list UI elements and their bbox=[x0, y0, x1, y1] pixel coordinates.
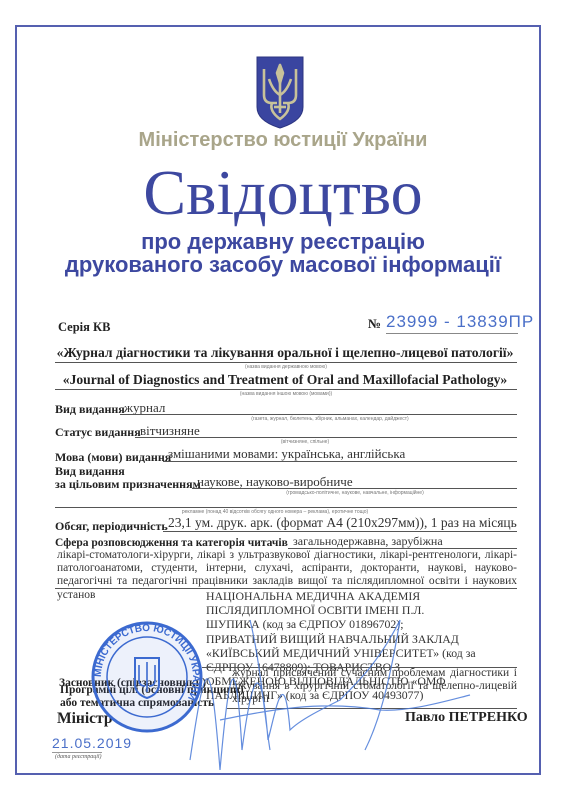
title-other-language: «Journal of Diagnostics and Treatment of… bbox=[55, 372, 515, 388]
type-label: Вид видання bbox=[55, 402, 125, 417]
language-label: Мова (мови) видання bbox=[55, 450, 171, 465]
divider bbox=[120, 414, 517, 415]
series-label: Серія КВ bbox=[58, 320, 110, 335]
purpose-label-line2: за цільовим призначенням bbox=[55, 477, 201, 492]
registration-date: 21.05.2019 bbox=[52, 735, 132, 751]
volume-value: 23,1 ум. друк. арк. (формат А4 (210х297м… bbox=[168, 515, 517, 531]
registration-date-caption: (дата реєстрації) bbox=[55, 754, 102, 760]
divider bbox=[163, 531, 517, 532]
volume-label: Обсяг, періодичність bbox=[55, 519, 168, 534]
divider bbox=[192, 488, 517, 489]
status-caption: (вітчизняне, спільне) bbox=[250, 439, 360, 445]
ministry-name: Міністерство юстиції України bbox=[0, 129, 566, 152]
language-value: змішаними мовами: українська, англійська bbox=[168, 446, 405, 462]
title-other-language-caption: (назва видання іншою мовою (мовами)) bbox=[55, 391, 517, 397]
purpose-caption: (громадсько-політичне, наукове, навчальн… bbox=[280, 490, 430, 496]
divider bbox=[163, 461, 517, 462]
divider bbox=[135, 437, 517, 438]
number-underline bbox=[386, 333, 518, 334]
minister-signature-icon bbox=[150, 600, 480, 780]
divider bbox=[52, 752, 102, 753]
certificate-title: Свідоцтво bbox=[0, 158, 566, 228]
certificate-number: 23999 - 13839ПР bbox=[386, 312, 534, 332]
distribution-value: загальнодержавна, зарубіжна bbox=[293, 534, 443, 549]
divider bbox=[55, 507, 517, 508]
title-state-language-caption: (назва видання державною мовою) bbox=[55, 364, 517, 370]
type-caption: (газета, журнал, бюлетень, збірник, альм… bbox=[200, 416, 460, 422]
status-label: Статус видання bbox=[55, 425, 141, 440]
distribution-label: Сфера розповсюдження та категорія читачі… bbox=[55, 537, 288, 549]
certificate-subtitle-line2: друкованого засобу масової інформації bbox=[0, 252, 566, 278]
number-prefix: № bbox=[368, 316, 381, 332]
divider bbox=[55, 362, 517, 363]
coat-of-arms-icon bbox=[255, 55, 305, 130]
divider bbox=[55, 389, 517, 390]
title-state-language: «Журнал діагностики та лікування орально… bbox=[55, 345, 515, 361]
